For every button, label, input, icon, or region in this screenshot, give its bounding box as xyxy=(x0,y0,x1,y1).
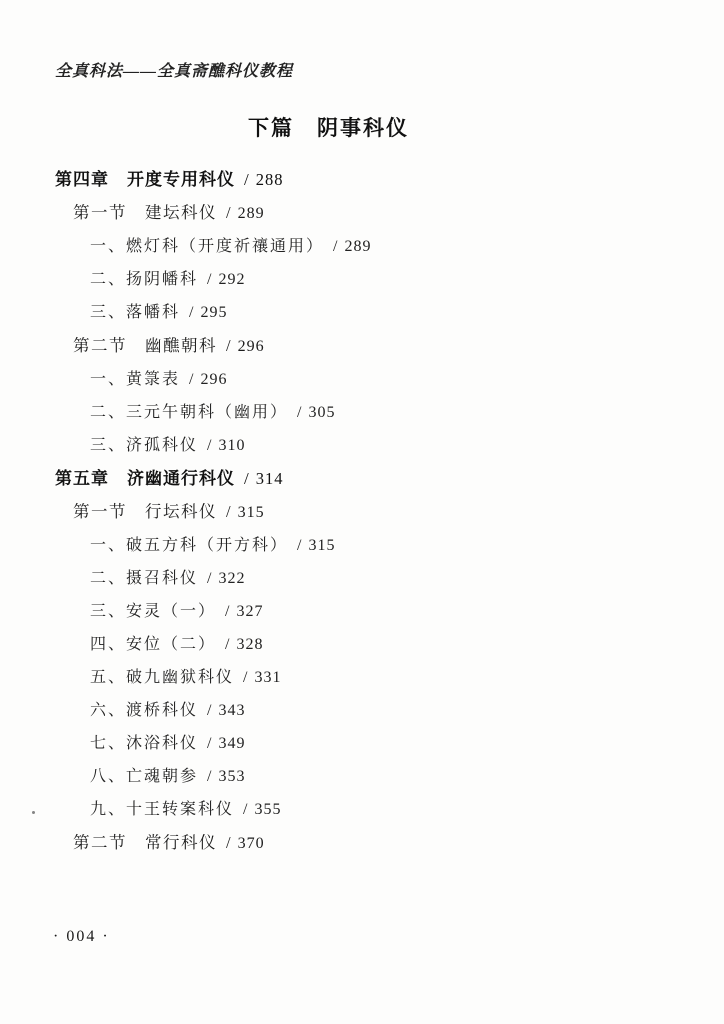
toc-entry-page: 349 xyxy=(218,735,245,752)
toc-entry-page: 292 xyxy=(218,271,245,288)
toc-entry-page: 289 xyxy=(344,238,371,255)
folio-page-number: · 004 · xyxy=(53,928,110,946)
toc-separator: / xyxy=(244,170,249,189)
toc-separator: / xyxy=(243,669,247,686)
toc-entry-label: 一、黄箓表 xyxy=(90,371,180,388)
toc-separator: / xyxy=(226,203,231,222)
toc-entry-item: 一、破五方科（开方科）/315 xyxy=(0,536,724,556)
toc-entry-page: 288 xyxy=(256,170,284,189)
toc-separator: / xyxy=(297,537,301,554)
toc-entry-page: 296 xyxy=(200,371,227,388)
toc-entry-page: 296 xyxy=(238,338,265,355)
toc-entry-label: 第二节 幽醮朝科 xyxy=(73,336,217,355)
toc-entry-page: 305 xyxy=(308,404,335,421)
toc-entry-page: 327 xyxy=(236,603,263,620)
toc-separator: / xyxy=(226,336,231,355)
toc-entry-label: 二、三元午朝科（幽用） xyxy=(90,404,288,421)
toc-entry-label: 第一节 行坛科仪 xyxy=(73,502,217,521)
toc-separator: / xyxy=(189,371,193,388)
toc-entry-item: 二、摄召科仪/322 xyxy=(0,569,724,589)
toc-separator: / xyxy=(243,801,247,818)
toc-entry-label: 第五章 济幽通行科仪 xyxy=(55,469,235,488)
toc-entry-page: 322 xyxy=(218,570,245,587)
toc-entry-label: 三、落幡科 xyxy=(90,304,180,321)
toc-entry-label: 六、渡桥科仪 xyxy=(90,702,198,719)
toc-entry-section: 第一节 建坛科仪/289 xyxy=(0,203,724,224)
toc-entry-item: 五、破九幽狱科仪/331 xyxy=(0,668,724,688)
toc-entry-label: 二、扬阴幡科 xyxy=(90,271,198,288)
toc-entry-item: 七、沐浴科仪/349 xyxy=(0,734,724,754)
toc-entry-label: 二、摄召科仪 xyxy=(90,570,198,587)
toc-entry-chapter: 第五章 济幽通行科仪/314 xyxy=(0,469,724,489)
toc-separator: / xyxy=(207,768,211,785)
toc-entry-page: 331 xyxy=(254,669,281,686)
toc-separator: / xyxy=(207,735,211,752)
toc-entry-section: 第一节 行坛科仪/315 xyxy=(0,502,724,523)
toc-separator: / xyxy=(207,702,211,719)
toc-entry-page: 314 xyxy=(256,469,284,488)
toc-entry-item: 九、十王转案科仪/355 xyxy=(0,800,724,820)
toc-entry-page: 295 xyxy=(200,304,227,321)
scanned-book-page: 全真科法——全真斋醮科仪教程 下篇 阴事科仪 第四章 开度专用科仪/288 第一… xyxy=(0,0,724,1024)
toc-entry-label: 三、安灵（一） xyxy=(90,603,216,620)
toc-entry-page: 289 xyxy=(238,205,265,222)
running-header: 全真科法——全真斋醮科仪教程 xyxy=(55,58,293,81)
toc-entry-label: 七、沐浴科仪 xyxy=(90,735,198,752)
toc-entry-label: 八、亡魂朝参 xyxy=(90,768,198,785)
toc-separator: / xyxy=(207,437,211,454)
toc-entry-chapter: 第四章 开度专用科仪/288 xyxy=(0,170,724,190)
toc-entry-label: 五、破九幽狱科仪 xyxy=(90,669,234,686)
toc-entry-label: 三、济孤科仪 xyxy=(90,437,198,454)
toc-entry-item: 三、落幡科/295 xyxy=(0,303,724,323)
toc-entry-label: 第四章 开度专用科仪 xyxy=(55,170,235,189)
toc-entry-label: 九、十王转案科仪 xyxy=(90,801,234,818)
toc-entry-item: 二、三元午朝科（幽用）/305 xyxy=(0,403,724,423)
toc-entry-label: 四、安位（二） xyxy=(90,636,216,653)
toc-entry-page: 353 xyxy=(218,768,245,785)
toc-entry-page: 370 xyxy=(238,835,265,852)
toc-entry-item: 一、燃灯科（开度祈禳通用）/289 xyxy=(0,237,724,257)
toc-separator: / xyxy=(333,238,337,255)
toc-entry-page: 315 xyxy=(238,504,265,521)
toc-entry-label: 一、破五方科（开方科） xyxy=(90,537,288,554)
part-title: 下篇 阴事科仪 xyxy=(248,112,409,142)
toc-separator: / xyxy=(207,271,211,288)
toc-separator: / xyxy=(225,603,229,620)
toc-entry-label: 第二节 常行科仪 xyxy=(73,833,217,852)
toc-entry-item: 八、亡魂朝参/353 xyxy=(0,767,724,787)
toc-entry-item: 一、黄箓表/296 xyxy=(0,370,724,390)
toc-separator: / xyxy=(297,404,301,421)
toc-entry-label: 第一节 建坛科仪 xyxy=(73,203,217,222)
toc-entry-section: 第二节 常行科仪/370 xyxy=(0,833,724,854)
toc-separator: / xyxy=(244,469,249,488)
toc-entry-section: 第二节 幽醮朝科/296 xyxy=(0,336,724,357)
toc-separator: / xyxy=(226,833,231,852)
toc-entry-page: 343 xyxy=(218,702,245,719)
toc-entry-item: 四、安位（二）/328 xyxy=(0,635,724,655)
toc-entry-item: 三、安灵（一）/327 xyxy=(0,602,724,622)
toc-separator: / xyxy=(226,502,231,521)
toc-separator: / xyxy=(225,636,229,653)
toc-entry-item: 六、渡桥科仪/343 xyxy=(0,701,724,721)
toc-separator: / xyxy=(207,570,211,587)
toc-entry-page: 315 xyxy=(308,537,335,554)
toc-entry-item: 二、扬阴幡科/292 xyxy=(0,270,724,290)
print-speck xyxy=(32,811,35,814)
toc-separator: / xyxy=(189,304,193,321)
table-of-contents: 第四章 开度专用科仪/288 第一节 建坛科仪/289 一、燃灯科（开度祈禳通用… xyxy=(0,170,724,867)
toc-entry-page: 355 xyxy=(254,801,281,818)
toc-entry-item: 三、济孤科仪/310 xyxy=(0,436,724,456)
toc-entry-label: 一、燃灯科（开度祈禳通用） xyxy=(90,238,324,255)
toc-entry-page: 328 xyxy=(236,636,263,653)
toc-entry-page: 310 xyxy=(218,437,245,454)
